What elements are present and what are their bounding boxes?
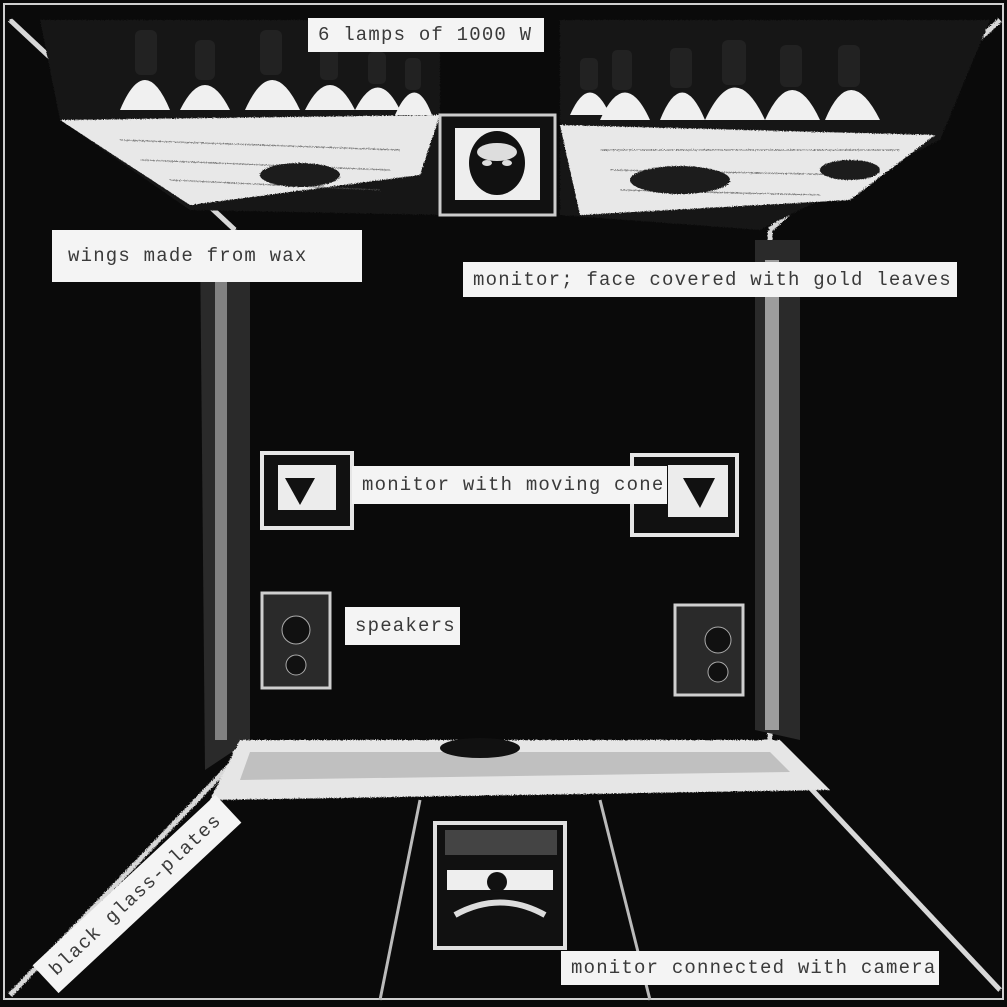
label-monitor-face: monitor; face covered with gold leaves [463, 262, 957, 297]
label-monitor-cone: monitor with moving cone [352, 466, 667, 504]
speaker-right [675, 605, 743, 695]
label-monitor-camera: monitor connected with camera [561, 951, 939, 985]
label-wings: wings made from wax [52, 230, 362, 282]
monitor-camera [435, 823, 565, 948]
label-speakers: speakers [345, 607, 460, 645]
cone-monitor-left [262, 453, 352, 528]
installation-sketch: 6 lamps of 1000 W wings made from wax mo… [0, 0, 1007, 1007]
speaker-left [262, 593, 330, 688]
label-lamps: 6 lamps of 1000 W [308, 18, 544, 52]
monitor-face [440, 115, 555, 215]
